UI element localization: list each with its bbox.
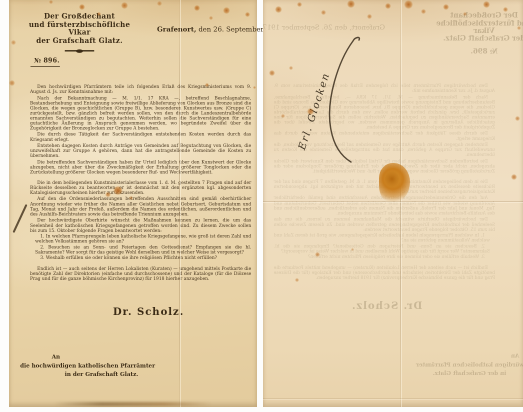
letterhead-line: und fürsterzbischöfliche Vikar: [27, 21, 132, 37]
body-paragraph: Den hochwürdigen Pfarrämtern teile ich f…: [30, 85, 251, 95]
body-list-item: 1. In welchen Pfarrsprengeln leben katho…: [30, 235, 251, 245]
body-list-item: 3. Weshalb erfüllen sie oder können sie …: [30, 256, 251, 261]
foxing-stain: [157, 1, 162, 6]
body-paragraph: Entstehen dagegen Kosten durch Anträge v…: [30, 144, 251, 159]
bleed-footer: An die hochwürdigen katholischen Pfarräm…: [393, 352, 523, 394]
bleed-text: Grafenort,: [349, 24, 385, 32]
foxing-stain: [105, 192, 111, 197]
foxing-stain: [515, 116, 520, 121]
bleed-text: der Grafschaft Glatz.: [429, 35, 523, 43]
bleed-text: An: [393, 352, 523, 361]
foxing-stain: [511, 174, 517, 180]
foxing-stain: [297, 2, 302, 7]
handwritten-margin-slash: [13, 204, 28, 233]
letterhead-ornament-rule: [65, 50, 94, 51]
address-footer: An die hochwürdigen katholischen Pfarräm…: [17, 353, 178, 395]
foxing-stain: [367, 14, 372, 19]
body-paragraph: Die betreffenden Sachverständigen haben …: [30, 160, 251, 175]
foxing-stain: [289, 66, 293, 70]
foxing-stain: [9, 80, 15, 86]
foxing-stain: [321, 10, 326, 15]
bleed-text: und fürsterzbischöfliche Vikar: [429, 20, 523, 35]
body-list-item: 2. Besuchen sie an Sonn- und Feiertagen …: [30, 245, 251, 255]
bleed-text: in der Grafschaft Glatz.: [393, 369, 523, 378]
bleed-text: 2. Besuchen sie an Sonn- und Feiertagen …: [274, 244, 495, 254]
bleed-text: Den hochwürdigen Pfarrämtern teile ich f…: [274, 84, 495, 94]
dateline-place: Grafenort,: [157, 26, 196, 34]
bleed-text: 1. In welchen Pfarrsprengeln leben katho…: [274, 234, 495, 244]
foxing-stain: [49, 0, 53, 4]
document-number: № 896.: [31, 58, 60, 67]
bleed-dateline: Grafenort, den 26. September 1917.: [285, 24, 385, 34]
foxing-stain: [281, 114, 285, 118]
foxing-stain: [113, 186, 123, 195]
bleed-text: № 896.: [429, 48, 523, 56]
scanned-document: Der Großdechant und fürsterzbischöfliche…: [0, 0, 523, 412]
foxing-stain: [347, 0, 355, 8]
foxing-stain: [194, 5, 200, 11]
foxing-stain: [421, 9, 426, 14]
letterhead: Der Großdechant und fürsterzbischöfliche…: [27, 13, 132, 67]
letterhead-line: der Grafschaft Glatz.: [27, 37, 132, 45]
foxing-stain: [404, 0, 413, 9]
bleed-text: Endlich ist — auch seitens der Herren Lo…: [274, 266, 495, 281]
foxing-stain: [351, 248, 354, 251]
body-paragraph: Die durch diese Tätigkeit der Sachverstä…: [30, 133, 251, 143]
pen-flourish-stroke: [321, 34, 363, 166]
fold-crease: [263, 398, 523, 399]
body-paragraph: Auf den die Ordensniederlassungen betref…: [30, 197, 251, 217]
foxing-stain: [315, 252, 320, 257]
foxing-stain: [275, 6, 282, 13]
foxing-stain: [307, 108, 314, 115]
signature: Dr. Scholz.: [113, 307, 184, 318]
bleed-text: Der hochwürdigste Oberhirte wünscht die …: [274, 218, 495, 233]
foxing-stain: [517, 26, 521, 30]
foxing-stain: [443, 4, 449, 10]
foxing-stain: [121, 2, 128, 9]
footer-line: in der Grafschaft Glatz.: [17, 370, 178, 379]
bleed-letterhead: Der Großdechant und fürsterzbischöfliche…: [429, 12, 523, 74]
bleed-text: 3. Weshalb erfüllen sie oder können sie …: [274, 255, 495, 260]
foxing-stain: [97, 12, 101, 16]
body-text-block: Den hochwürdigen Pfarrämtern teile ich f…: [30, 85, 251, 307]
foxing-stain: [253, 86, 256, 89]
foxing-stain: [209, 16, 213, 20]
bleed-text: den 26. September 1917.: [260, 24, 349, 32]
body-paragraph: Der hochwürdigste Oberhirte wünscht die …: [30, 219, 251, 234]
letterhead-line: Der Großdechant: [27, 13, 132, 21]
foxing-stain: [385, 3, 391, 9]
foxing-stain: [11, 40, 16, 45]
body-paragraph: Nach der Bekanntmachung — M. 1/1. 17 KRA…: [30, 96, 251, 132]
foxing-stain: [223, 7, 230, 14]
footer-line: An: [17, 353, 178, 362]
document-page-back: Der Großdechant und fürsterzbischöfliche…: [263, 0, 523, 407]
foxing-stain: [129, 196, 133, 200]
body-paragraph: Endlich ist — auch seitens der Herren Lo…: [30, 267, 251, 282]
fold-crease: [179, 0, 180, 407]
foxing-stain: [463, 12, 467, 16]
bleed-text: Der Großdechant: [429, 12, 523, 20]
footer-line: die hochwürdigen katholischen Pfarrämter: [17, 362, 178, 371]
body-paragraph: Die in dem beiliegenden Kunstministerial…: [30, 181, 251, 196]
bleed-signature: Dr. Scholz.: [351, 301, 422, 312]
foxing-stain: [79, 4, 85, 10]
bleed-text: die hochwürdigen katholischen Pfarrämter: [393, 361, 523, 370]
document-page-front: Der Großdechant und fürsterzbischöfliche…: [9, 0, 257, 407]
fold-crease: [400, 0, 401, 407]
foxing-stain: [483, 1, 490, 8]
dateline: Grafenort, den 26. September 1917.: [157, 26, 257, 34]
foxing-stain: [295, 278, 299, 282]
foxing-stain: [205, 83, 209, 87]
foxing-stain: [503, 7, 508, 12]
foxing-stain: [245, 12, 250, 17]
foxing-stain: [269, 70, 275, 76]
